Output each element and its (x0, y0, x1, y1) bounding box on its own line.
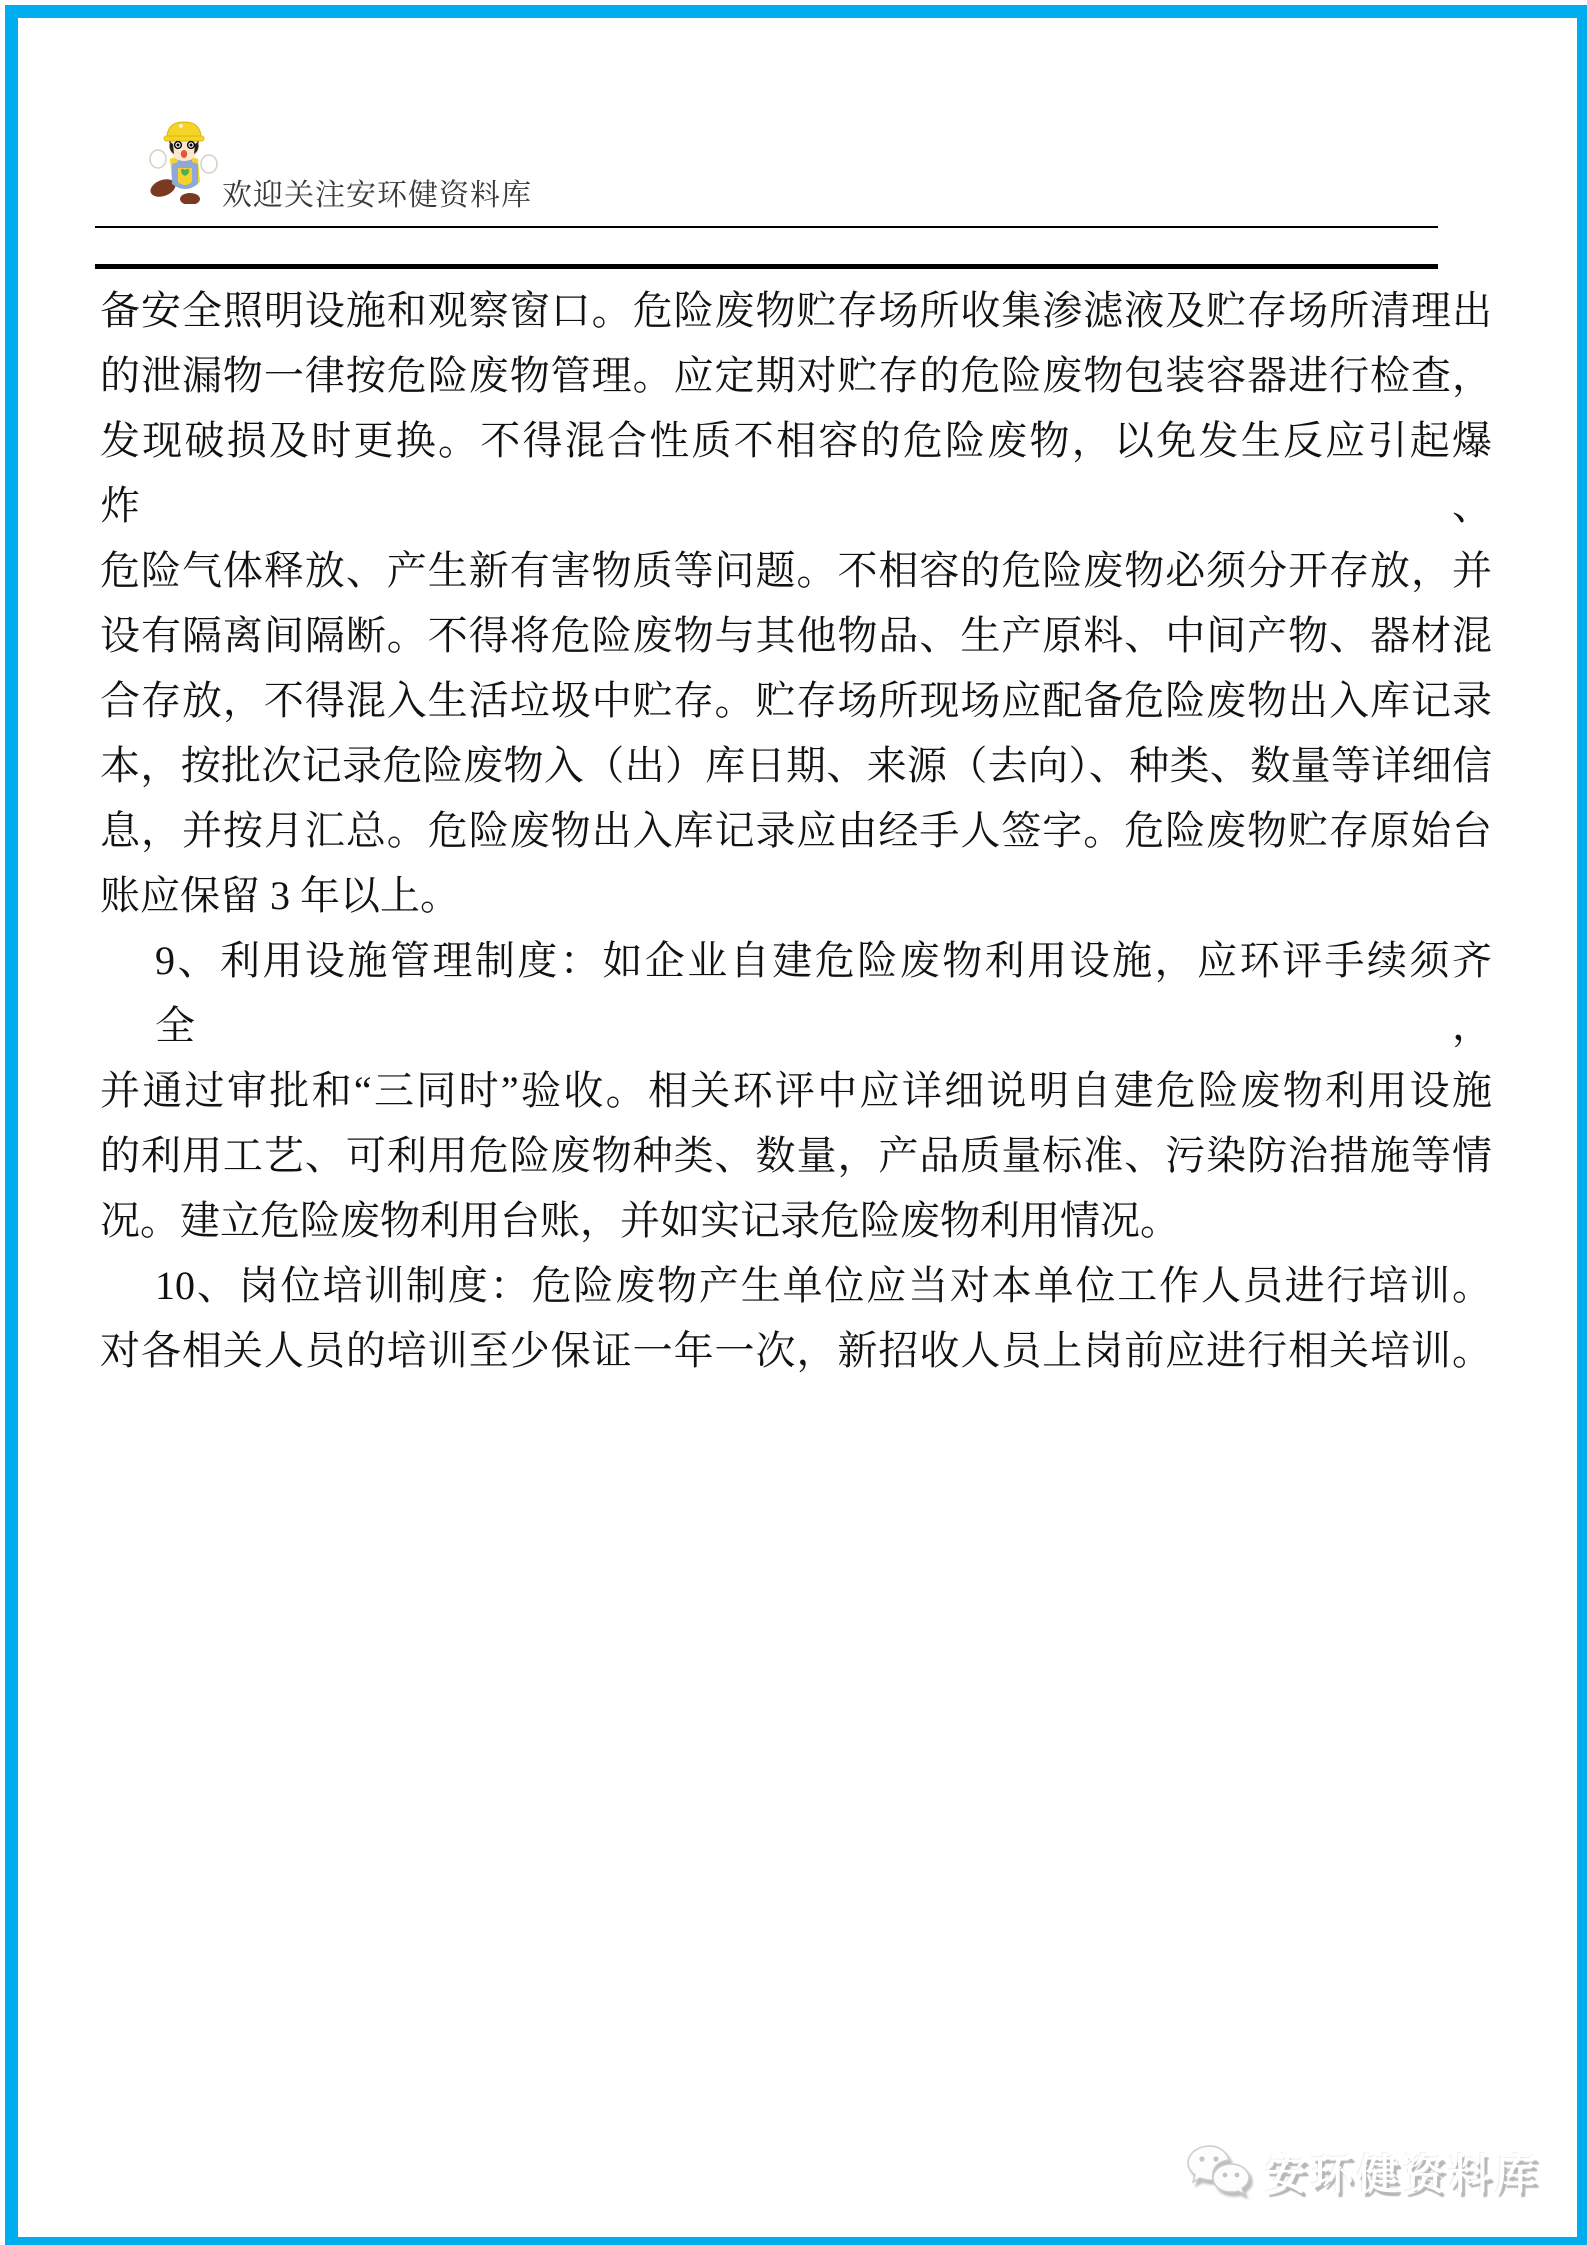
text-line: 发现破损及时更换。不得混合性质不相容的危险废物，以免发生反应引起爆炸、 (100, 408, 1492, 538)
footer-brand-text: 安环健资料库 (1265, 2142, 1541, 2202)
document-page: 欢迎关注安环健资料库 备安全照明设施和观察窗口。危险废物贮存场所收集渗滤液及贮存… (0, 0, 1587, 2245)
text-line: 账应保留 3 年以上。 (100, 863, 1492, 928)
wechat-icon (1185, 2143, 1251, 2201)
construction-worker-mascot-icon (148, 112, 218, 204)
text-line: 的利用工艺、可利用危险废物种类、数量，产品质量标准、污染防治措施等情 (100, 1123, 1492, 1188)
text-line-paragraph-9-start: 9、利用设施管理制度：如企业自建危险废物利用设施，应环评手续须齐全， (100, 928, 1492, 1058)
header-brand-text: 欢迎关注安环健资料库 (222, 170, 532, 214)
text-line: 息，并按月汇总。危险废物出入库记录应由经手人签字。危险废物贮存原始台 (100, 798, 1492, 863)
text-line: 本，按批次记录危险废物入（出）库日期、来源（去向）、种类、数量等详细信 (100, 733, 1492, 798)
text-line: 对各相关人员的培训至少保证一年一次，新招收人员上岗前应进行相关培训。 (100, 1318, 1492, 1383)
text-line: 备安全照明设施和观察窗口。危险废物贮存场所收集渗滤液及贮存场所清理出 (100, 278, 1492, 343)
text-line: 并通过审批和“三同时”验收。相关环评中应详细说明自建危险废物利用设施 (100, 1058, 1492, 1123)
text-line: 况。建立危险废物利用台账，并如实记录危险废物利用情况。 (100, 1188, 1492, 1253)
text-line: 设有隔离间隔断。不得将危险废物与其他物品、生产原料、中间产物、器材混 (100, 603, 1492, 668)
text-line: 合存放，不得混入生活垃圾中贮存。贮存场所现场应配备危险废物出入库记录 (100, 668, 1492, 733)
text-line: 危险气体释放、产生新有害物质等问题。不相容的危险废物必须分开存放，并 (100, 538, 1492, 603)
footer-brand: 安环健资料库 (1185, 2142, 1541, 2202)
header-divider-thick (95, 264, 1438, 269)
text-line-paragraph-10-start: 10、岗位培训制度：危险废物产生单位应当对本单位工作人员进行培训。 (100, 1253, 1492, 1318)
document-text-block: 备安全照明设施和观察窗口。危险废物贮存场所收集渗滤液及贮存场所清理出 的泄漏物一… (100, 278, 1492, 1383)
header-divider-thin (95, 226, 1438, 228)
text-line: 的泄漏物一律按危险废物管理。应定期对贮存的危险废物包装容器进行检查， (100, 343, 1492, 408)
